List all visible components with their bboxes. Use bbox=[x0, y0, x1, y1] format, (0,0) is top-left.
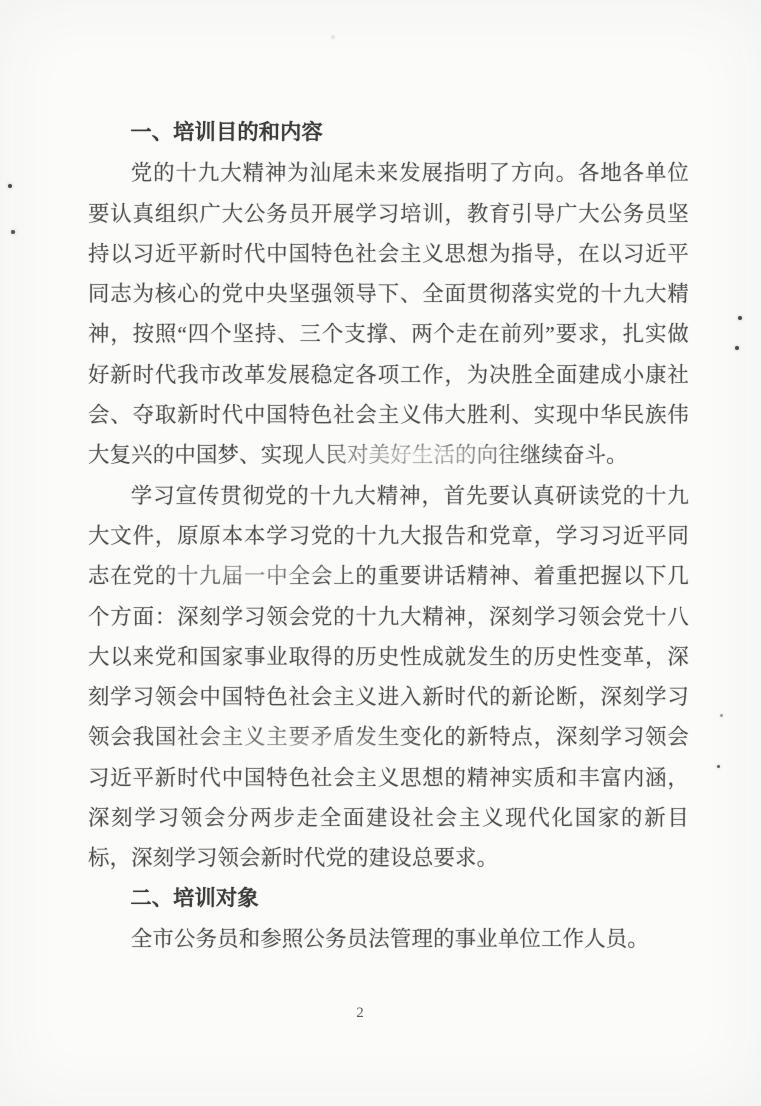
paragraph-training-audience: 全市公务员和参照公务员法管理的事业单位工作人员。 bbox=[88, 919, 689, 959]
scan-speck bbox=[720, 714, 723, 717]
scan-speck bbox=[11, 230, 15, 234]
document-page: 一、培训目的和内容 党的十九大精神为汕尾未来发展指明了方向。各地各单位要认真组织… bbox=[0, 0, 761, 1106]
scan-speck bbox=[331, 35, 335, 39]
paragraph-training-purpose-1: 党的十九大精神为汕尾未来发展指明了方向。各地各单位要认真组织广大公务员开展学习培… bbox=[88, 153, 689, 475]
section-heading-training-audience: 二、培训对象 bbox=[88, 879, 689, 919]
paragraph-training-purpose-2: 学习宣传贯彻党的十九大精神，首先要认真研读党的十九大文件，原原本本学习党的十九大… bbox=[88, 476, 689, 879]
scan-speck bbox=[738, 316, 742, 320]
page-number: 2 bbox=[350, 1003, 370, 1023]
scan-speck bbox=[735, 346, 739, 350]
scan-speck bbox=[717, 765, 720, 768]
section-heading-training-purpose: 一、培训目的和内容 bbox=[88, 113, 689, 153]
document-content: 一、培训目的和内容 党的十九大精神为汕尾未来发展指明了方向。各地各单位要认真组织… bbox=[88, 113, 689, 959]
scan-speck bbox=[8, 184, 12, 188]
